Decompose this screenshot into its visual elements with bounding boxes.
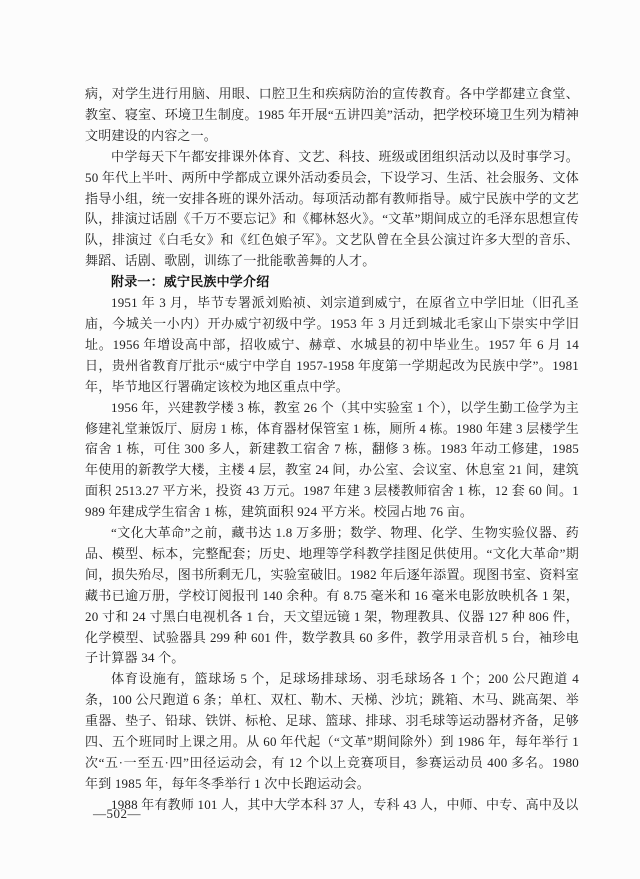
appendix-heading: 附录一：威宁民族中学介绍 <box>85 272 579 293</box>
scanned-document-page: 病，对学生进行用脑、用眼、口腔卫生和疾病防治的宣传教育。各中学都建立食堂、教室、… <box>0 0 640 879</box>
paragraph-buildings: 1956 年，兴建教学楼 3 栋，教室 26 个（其中实验室 1 个），以学生勤… <box>85 398 579 523</box>
text-block: 病，对学生进行用脑、用眼、口腔卫生和疾病防治的宣传教育。各中学都建立食堂、教室、… <box>85 84 579 816</box>
paragraph-extracurricular: 中学每天下午都安排课外体育、文艺、科技、班级或团组织活动以及时事学习。50 年代… <box>85 147 579 272</box>
paragraph-sports-facilities: 体育设施有，篮球场 5 个，足球场排球场、羽毛球场各 1 个；200 公尺跑道 … <box>85 669 579 794</box>
paragraph-school-history: 1951 年 3 月，毕节专署派刘贻祯、刘宗道到威宁，在原省立中学旧址（旧孔圣庙… <box>85 293 579 398</box>
page-number: —502— <box>93 806 141 822</box>
paragraph-health-education: 病，对学生进行用脑、用眼、口腔卫生和疾病防治的宣传教育。各中学都建立食堂、教室、… <box>85 84 579 147</box>
paragraph-library-equipment: “文化大革命”之前，藏书达 1.8 万多册；数学、物理、化学、生物实验仪器、药品… <box>85 523 579 669</box>
paragraph-teachers: 1988 年有教师 101 人，其中大学本科 37 人，专科 43 人，中师、中… <box>85 795 579 816</box>
